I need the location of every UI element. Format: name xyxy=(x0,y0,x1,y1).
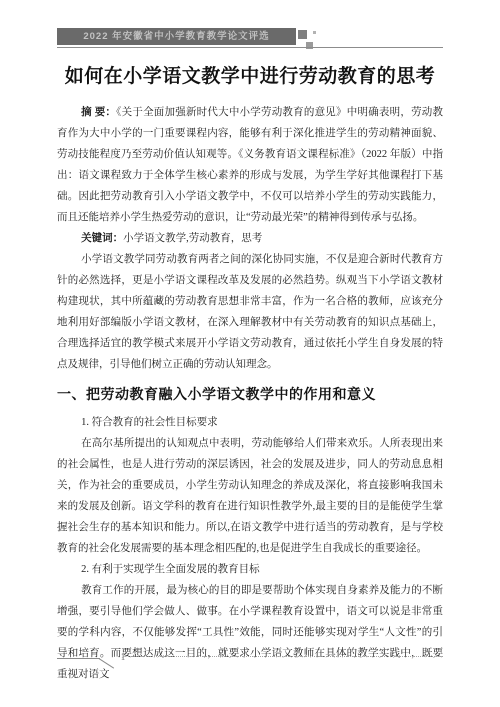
document-body: 如何在小学语文教学中进行劳动教育的思考 摘 要：《关于全面加强新时代大中小学劳动… xyxy=(57,60,443,685)
handle-square-icon xyxy=(298,30,307,39)
handle-dot-icon xyxy=(313,31,316,34)
document-page: 2022 年安徽省中小学教育教学论文评选 如何在小学语文教学中进行劳动教育的思考… xyxy=(0,0,500,707)
footer-separator-line xyxy=(57,658,100,659)
keywords-label: 关键词： xyxy=(81,233,123,244)
subheading-1-1: 1. 符合教育的社会性目标要求 xyxy=(57,412,443,433)
page-title: 如何在小学语文教学中进行劳动教育的思考 xyxy=(57,66,443,87)
header-banner: 2022 年安徽省中小学教育教学论文评选 xyxy=(57,28,296,45)
section-heading-1: 一、把劳动教育融入小学语文教学中的作用和意义 xyxy=(57,384,443,405)
paragraph-1-1: 在高尔基所提出的认知观点中表明，劳动能够给人们带来欢乐。人所表现出来的社会属性，… xyxy=(57,433,443,559)
subheading-1-2: 2. 有利于实现学生全面发展的教育目标 xyxy=(57,559,443,580)
footer-dotted-line xyxy=(131,656,443,657)
intro-paragraph: 小学语文教学同劳动教育两者之间的深化协同实施，不仅是迎合新时代教育方针的必然选择… xyxy=(57,249,443,375)
keywords-line: 关键词：小学语文教学,劳动教育，思考 xyxy=(57,228,443,249)
page-number: 1 xyxy=(117,652,129,662)
abstract-paragraph: 摘 要：《关于全面加强新时代大中小学劳动教育的意见》中明确表明，劳动教育作为大中… xyxy=(57,102,443,228)
header-rule xyxy=(57,47,443,48)
abstract-label: 摘 要： xyxy=(81,107,116,118)
abstract-text: 《关于全面加强新时代大中小学劳动教育的意见》中明确表明，劳动教育作为大中小学的一… xyxy=(57,107,443,223)
paragraph-1-2: 教育工作的开展，最为核心的目的即是要帮助个体实现自身素养及能力的不断增强，要引导… xyxy=(57,580,443,685)
keywords-text: 小学语文教学,劳动教育，思考 xyxy=(123,233,262,244)
